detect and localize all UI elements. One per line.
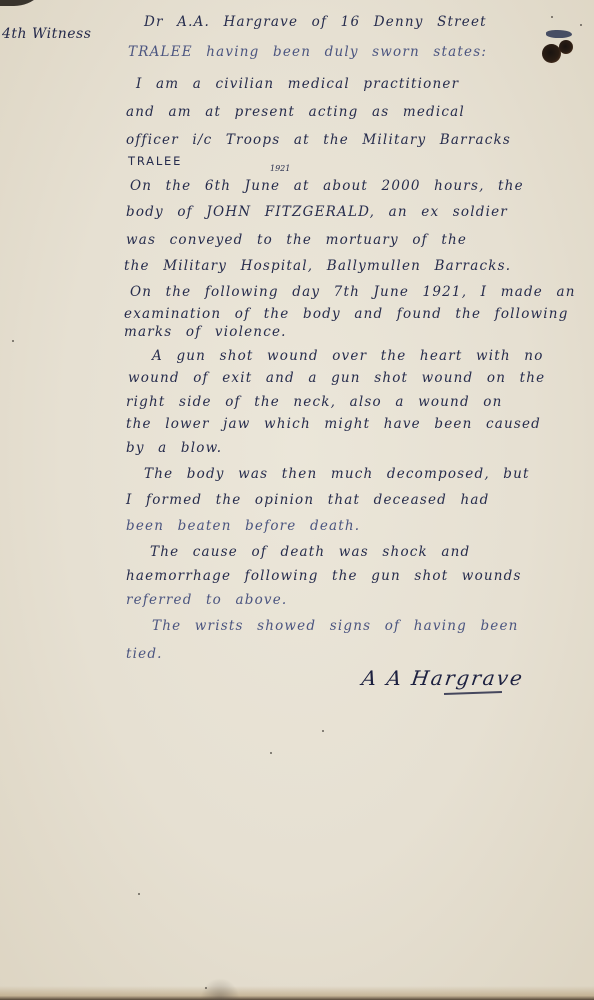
- statement-line: TRALEE having been duly sworn states:: [128, 44, 487, 60]
- statement-line: and am at present acting as medical: [126, 104, 465, 120]
- speck: [580, 24, 582, 26]
- page-corner-shadow: [0, 0, 50, 6]
- statement-line: The cause of death was shock and: [150, 544, 470, 560]
- statement-line: Dr A.A. Hargrave of 16 Denny Street: [144, 14, 487, 30]
- statement-line: been beaten before death.: [126, 518, 360, 534]
- signature-underline: [444, 691, 502, 695]
- document-page: 4th Witness Dr A.A. Hargrave of 16 Denny…: [0, 0, 594, 1000]
- speck: [205, 987, 207, 989]
- statement-line: haemorrhage following the gun shot wound…: [126, 568, 522, 584]
- witness-number-note: 4th Witness: [2, 26, 91, 42]
- statement-line: was conveyed to the mortuary of the: [126, 232, 467, 248]
- statement-line: examination of the body and found the fo…: [124, 306, 569, 322]
- statement-line: body of JOHN FITZGERALD, an ex soldier: [126, 204, 508, 220]
- ink-blot: [546, 30, 572, 38]
- statement-line: the Military Hospital, Ballymullen Barra…: [124, 258, 511, 274]
- statement-line: On the 6th June at about 2000 hours, the: [130, 178, 524, 194]
- signature: A A Hargrave: [360, 666, 525, 690]
- statement-line: I am a civilian medical practitioner: [136, 76, 459, 92]
- statement-line: A gun shot wound over the heart with no: [152, 348, 544, 364]
- smudge: [200, 978, 240, 1000]
- statement-line: TRALEE: [128, 154, 182, 168]
- year-superscript: 1921: [270, 164, 290, 173]
- statement-line: I formed the opinion that deceased had: [126, 492, 490, 508]
- speck: [270, 752, 272, 754]
- statement-line: the lower jaw which might have been caus…: [126, 416, 541, 432]
- statement-line: The wrists showed signs of having been: [152, 618, 519, 634]
- statement-line: On the following day 7th June 1921, I ma…: [130, 284, 576, 300]
- statement-line: wound of exit and a gun shot wound on th…: [128, 370, 545, 386]
- statement-line: marks of violence.: [124, 324, 287, 340]
- speck: [12, 340, 14, 342]
- statement-line: referred to above.: [126, 592, 287, 608]
- statement-line: by a blow.: [126, 440, 222, 456]
- statement-line: The body was then much decomposed, but: [144, 466, 530, 482]
- speck: [551, 16, 553, 18]
- statement-line: tied.: [126, 646, 163, 662]
- statement-line: right side of the neck, also a wound on: [126, 394, 503, 410]
- statement-line: officer i/c Troops at the Military Barra…: [126, 132, 511, 148]
- punch-hole-icon: [559, 40, 573, 54]
- speck: [322, 730, 324, 732]
- page-bottom-edge: [0, 986, 594, 1000]
- speck: [138, 893, 140, 895]
